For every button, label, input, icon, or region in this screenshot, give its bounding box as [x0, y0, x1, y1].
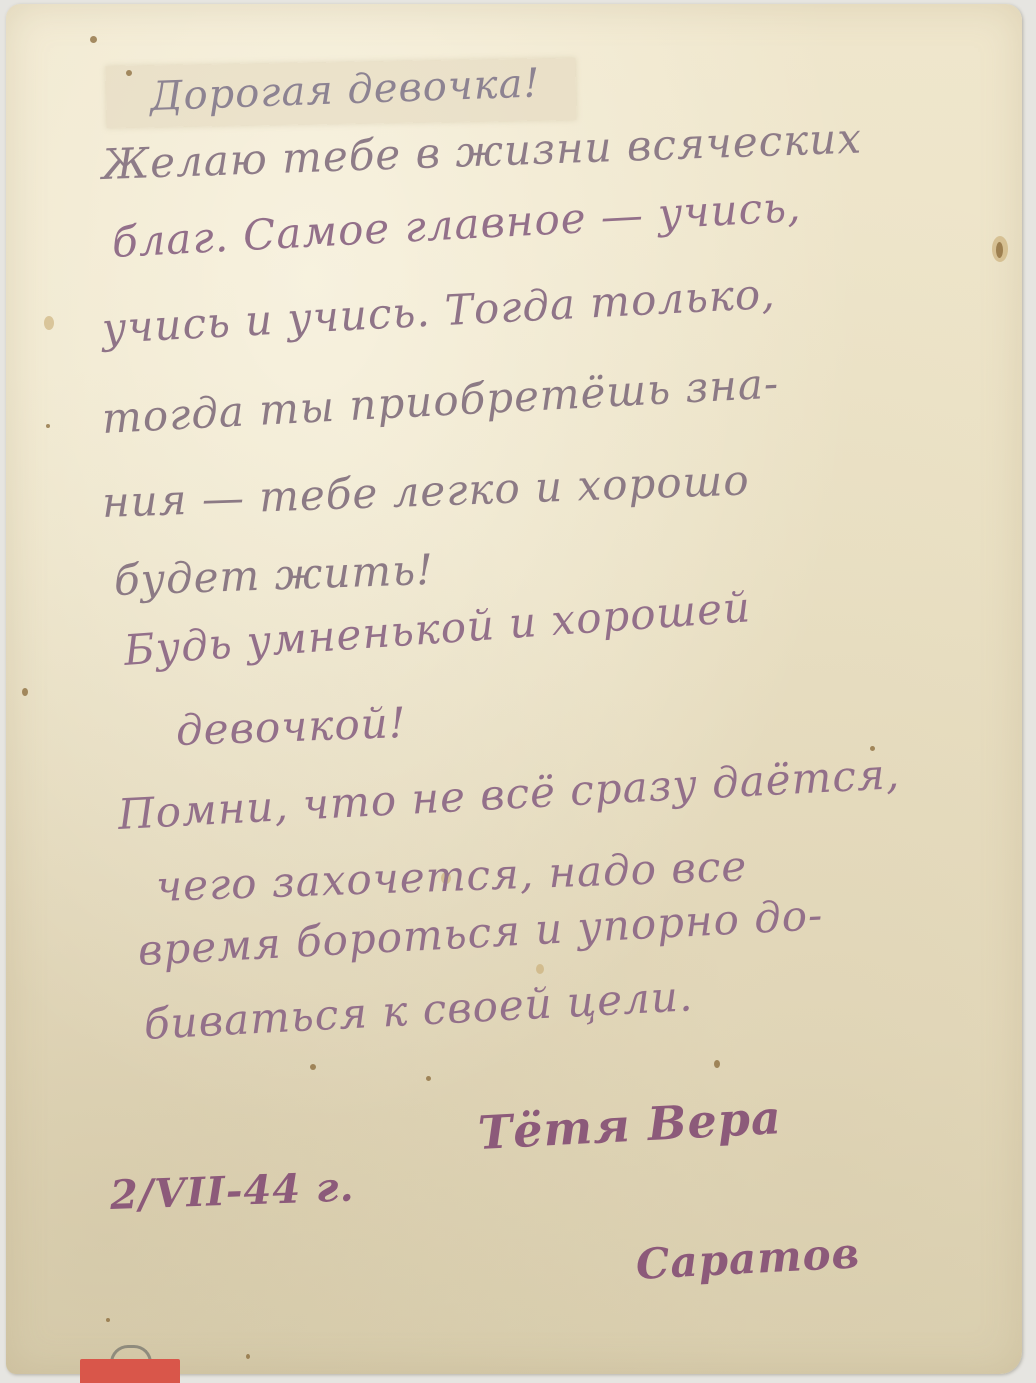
scanned-document: Дорогая девочка! Желаю тебе в жизни всяч… — [0, 0, 1036, 1383]
letter-line: биваться к своей цели. — [143, 971, 695, 1049]
letter-line: благ. Самое главное — учись, — [111, 182, 803, 267]
stain-spot — [714, 1060, 720, 1068]
stain-spot — [44, 316, 54, 330]
stain-spot — [126, 70, 132, 76]
letter-place: Саратов — [635, 1228, 862, 1289]
letter-card: Дорогая девочка! Желаю тебе в жизни всяч… — [6, 4, 1022, 1374]
stain-spot — [46, 424, 50, 428]
stain-spot — [536, 964, 544, 974]
letter-line: девочкой! — [175, 698, 407, 755]
bag-body — [80, 1359, 180, 1383]
shopping-bag-icon — [80, 1345, 180, 1383]
letter-date: 2/VII-44 г. — [109, 1163, 355, 1219]
stain-spot — [996, 242, 1003, 258]
letter-line: учись и учись. Тогда только, — [101, 269, 777, 353]
stain-spot — [106, 1318, 110, 1322]
stain-spot — [310, 1064, 316, 1070]
stain-spot — [90, 36, 97, 43]
letter-line: ния — тебе легко и хорошо — [101, 455, 750, 527]
stain-spot — [426, 1076, 431, 1081]
stain-spot — [246, 1354, 250, 1359]
stain-spot — [22, 688, 28, 696]
letter-line: тогда ты приобретёшь зна- — [101, 359, 781, 443]
letter-line: будет жить! — [113, 545, 435, 605]
letter-signature: Тётя Вера — [477, 1090, 783, 1160]
letter-line: Помни, что не всё сразу даётся, — [117, 749, 901, 839]
